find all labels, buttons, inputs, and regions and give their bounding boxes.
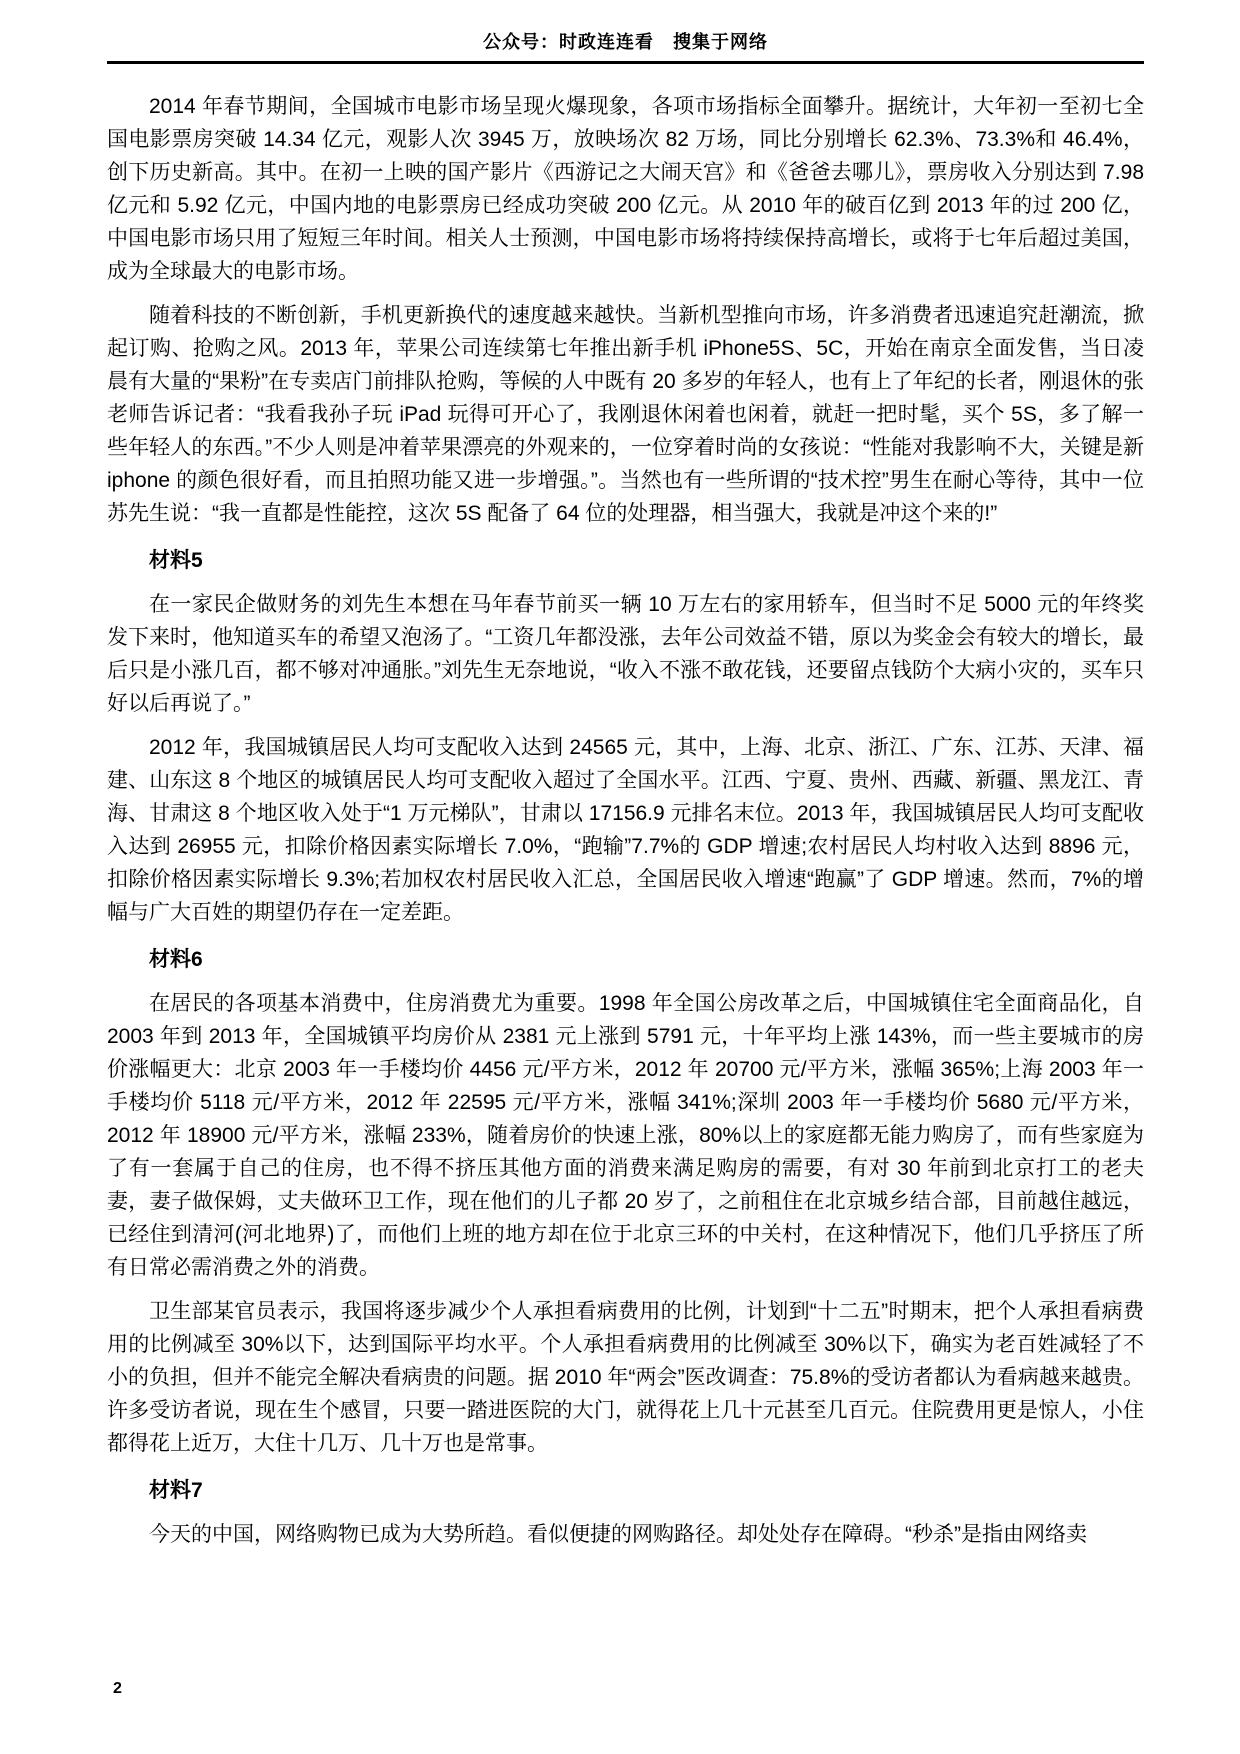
paragraph: 随着科技的不断创新，手机更新换代的速度越来越快。当新机型推向市场，许多消费者迅速… <box>107 299 1144 530</box>
paragraph: 卫生部某官员表示，我国将逐步减少个人承担看病费用的比例，计划到“十二五”时期末，… <box>107 1295 1144 1460</box>
page-header: 公众号：时政连连看 搜集于网络 <box>107 28 1144 64</box>
material-heading: 材料7 <box>107 1474 1144 1507</box>
paragraph: 在居民的各项基本消费中，住房消费尤为重要。1998 年全国公房改革之后，中国城镇… <box>107 987 1144 1284</box>
header-title: 公众号：时政连连看 搜集于网络 <box>483 32 768 52</box>
document-page: 公众号：时政连连看 搜集于网络 2014 年春节期间，全国城市电影市场呈现火爆现… <box>0 0 1240 1754</box>
page-number: 2 <box>113 1680 122 1698</box>
material-heading: 材料6 <box>107 943 1144 976</box>
material-heading: 材料5 <box>107 544 1144 577</box>
paragraph: 2014 年春节期间，全国城市电影市场呈现火爆现象，各项市场指标全面攀升。据统计… <box>107 90 1144 288</box>
paragraph: 2012 年，我国城镇居民人均可支配收入达到 24565 元，其中，上海、北京、… <box>107 731 1144 929</box>
document-body: 2014 年春节期间，全国城市电影市场呈现火爆现象，各项市场指标全面攀升。据统计… <box>107 90 1144 1562</box>
paragraph: 今天的中国，网络购物已成为大势所趋。看似便捷的网购路径。却处处存在障碍。“秒杀”… <box>107 1518 1144 1551</box>
paragraph: 在一家民企做财务的刘先生本想在马年春节前买一辆 10 万左右的家用轿车，但当时不… <box>107 588 1144 720</box>
